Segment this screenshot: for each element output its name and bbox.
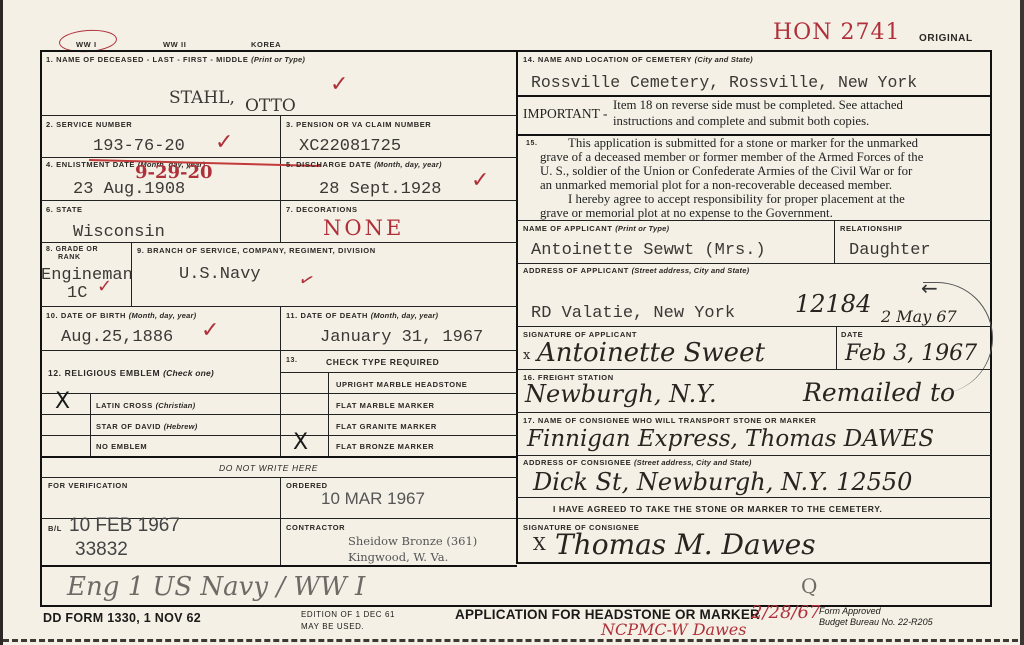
emblem-latin-cross-checkbox[interactable]: X	[41, 393, 90, 414]
divider	[280, 115, 281, 242]
verification-label: FOR VERIFICATION	[48, 481, 128, 490]
signature-date[interactable]: Feb 3, 1967	[845, 341, 977, 366]
divider	[517, 497, 991, 498]
grade-rank-line1[interactable]: Engineman	[41, 266, 133, 285]
applicant-name-label: NAME OF APPLICANT (Print or Type)	[523, 224, 669, 233]
statement-line: I hereby agree to accept responsibility …	[568, 193, 905, 207]
remailed-note: Remailed to	[803, 378, 955, 407]
applicant-address[interactable]: RD Valatie, New York	[531, 304, 735, 323]
edition-line2: MAY BE USED.	[301, 622, 364, 631]
divider	[834, 220, 835, 263]
decorations-value[interactable]: NONE	[323, 216, 404, 240]
important-line1: Item 18 on reverse side must be complete…	[613, 99, 903, 113]
handwritten-note: NCPMC-W Dawes	[601, 620, 746, 639]
arrow-left-icon: ←	[921, 276, 938, 300]
statement-line: grave of a deceased member or former mem…	[540, 151, 923, 165]
applicant-zip-handwritten: 12184	[795, 290, 871, 318]
x-mark-icon: X	[55, 389, 70, 414]
bl-stamp: 10 FEB 1967	[69, 515, 180, 537]
war-option-ww1[interactable]: WW I	[76, 40, 97, 49]
checkmark-icon: ✓	[330, 72, 348, 97]
important-line2: instructions and complete and submit bot…	[613, 115, 869, 129]
checkmark-icon: ✓	[215, 130, 233, 155]
divider	[517, 369, 991, 370]
contractor-line2: Kingwood, W. Va.	[348, 550, 448, 564]
type-upright-marble-checkbox[interactable]	[281, 372, 328, 393]
divider	[41, 115, 517, 116]
type-flat-marble-label: FLAT MARBLE MARKER	[336, 401, 435, 410]
statement-line: an unmarked memorial plot for a non-reco…	[540, 179, 892, 193]
field-7-label: 7. DECORATIONS	[286, 205, 358, 214]
cemetery-name-location[interactable]: Rossville Cemetery, Rossville, New York	[531, 73, 917, 92]
divider	[328, 372, 329, 456]
divider	[41, 200, 517, 201]
divider	[41, 456, 517, 458]
tear-line	[3, 639, 1024, 642]
bl-number: 33832	[75, 539, 128, 561]
war-option-ww2[interactable]: WW II	[163, 40, 186, 49]
field-11-label: 11. DATE OF DEATH (Month, day, year)	[286, 311, 438, 320]
consignee-agreement: I HAVE AGREED TO TAKE THE STONE OR MARKE…	[553, 504, 883, 514]
field-1-label: 1. NAME OF DECEASED - LAST - FIRST - MID…	[46, 55, 305, 64]
divider	[41, 565, 517, 567]
x-mark-icon: X	[293, 430, 308, 455]
field-8-label: 8. GRADE OR	[46, 246, 98, 253]
type-flat-marble-checkbox[interactable]	[281, 393, 328, 414]
field-13-number: 13.	[286, 357, 298, 364]
handwritten-date: 2/28/67	[751, 602, 820, 623]
field-15-number: 15.	[526, 140, 538, 147]
war-option-korea[interactable]: KOREA	[251, 40, 281, 49]
statement-line: This application is submitted for a ston…	[568, 137, 918, 151]
divider	[41, 350, 517, 351]
contractor-line1: Sheidow Bronze (361)	[348, 534, 477, 548]
office-use-title: DO NOT WRITE HERE	[219, 463, 318, 473]
annotation-mark: Q	[801, 574, 817, 598]
statement-line: U. S., soldier of the Union or Confedera…	[540, 165, 912, 179]
field-13-label: CHECK TYPE REQUIRED	[326, 357, 439, 367]
emblem-none-label: NO EMBLEM	[96, 442, 147, 451]
divider	[41, 242, 517, 243]
divider	[41, 477, 517, 478]
date-label: DATE	[841, 330, 863, 339]
file-number-handwritten: HON 2741	[773, 20, 900, 45]
type-flat-granite-label: FLAT GRANITE MARKER	[336, 422, 437, 431]
type-flat-bronze-label: FLAT BRONZE MARKER	[336, 442, 434, 451]
discharge-date[interactable]: 28 Sept.1928	[319, 180, 441, 199]
relationship-label: RELATIONSHIP	[840, 224, 902, 233]
consignee-address[interactable]: Dick St, Newburgh, N.Y. 12550	[533, 468, 912, 496]
divider	[517, 455, 991, 456]
form-paper: WW I WW II KOREA HON 2741 ORIGINAL 1. NA…	[0, 0, 1024, 645]
bl-label: B/L	[48, 524, 62, 533]
checkmark-icon: ✓	[97, 276, 112, 297]
copy-type-label: ORIGINAL	[919, 33, 973, 44]
deceased-first-name[interactable]: OTTO	[245, 96, 296, 116]
deceased-last-name[interactable]: STAHL,	[169, 88, 235, 108]
divider	[41, 157, 517, 158]
statement-line: grave or memorial plot at no expense to …	[540, 207, 833, 221]
divider	[517, 95, 991, 97]
divider	[836, 326, 837, 369]
divider	[280, 477, 281, 565]
divider	[90, 393, 91, 456]
important-label: IMPORTANT -	[523, 107, 608, 121]
enlistment-date[interactable]: 23 Aug.1908	[73, 180, 185, 199]
divider	[41, 306, 517, 307]
approval-line1: Form Approved	[819, 606, 881, 616]
relationship-value[interactable]: Daughter	[849, 241, 931, 260]
divider	[517, 412, 991, 413]
column-divider	[516, 50, 518, 520]
type-flat-bronze-checkbox[interactable]: X	[281, 435, 328, 456]
ordered-stamp: 10 MAR 1967	[321, 489, 425, 509]
consignee-address-label: ADDRESS OF CONSIGNEE (Street address, Ci…	[523, 458, 752, 467]
emblem-star-of-david-label: STAR OF DAVID (Hebrew)	[96, 422, 197, 431]
divider	[517, 263, 991, 264]
contractor-label: CONTRACTOR	[286, 523, 345, 532]
approval-line2: Budget Bureau No. 22-R205	[819, 617, 933, 627]
divider	[517, 220, 991, 221]
field-12-label: 12. RELIGIOUS EMBLEM (Check one)	[48, 368, 214, 378]
field-2-label: 2. SERVICE NUMBER	[46, 120, 132, 129]
applicant-name[interactable]: Antoinette Sewwt (Mrs.)	[531, 241, 766, 260]
field-9-label: 9. BRANCH OF SERVICE, COMPANY, REGIMENT,…	[137, 246, 376, 255]
divider	[517, 326, 991, 327]
applicant-signature[interactable]: Antoinette Sweet	[537, 338, 765, 368]
emblem-latin-cross-label: LATIN CROSS (Christian)	[96, 401, 195, 410]
emblem-none-checkbox[interactable]	[41, 435, 90, 456]
consignee-name[interactable]: Finnigan Express, Thomas DAWES	[527, 426, 934, 452]
annotation-handwritten: Eng 1 US Navy / WW I	[67, 572, 365, 602]
type-upright-marble-label: UPRIGHT MARBLE HEADSTONE	[336, 380, 467, 389]
applicant-address-label: ADDRESS OF APPLICANT (Street address, Ci…	[523, 266, 749, 275]
branch-of-service[interactable]: U.S.Navy	[179, 265, 261, 284]
edition-line1: EDITION OF 1 DEC 61	[301, 610, 395, 619]
emblem-star-of-david-checkbox[interactable]	[41, 414, 90, 435]
signature-x-mark: x	[523, 348, 530, 363]
date-of-birth[interactable]: Aug.25,1886	[61, 328, 173, 347]
consignee-signature-box	[516, 518, 992, 564]
checkmark-icon: ✓	[471, 168, 489, 193]
field-8-label-line2: RANK	[58, 254, 81, 261]
field-6-label: 6. STATE	[46, 205, 83, 214]
form-id: DD FORM 1330, 1 NOV 62	[43, 611, 201, 625]
grade-rank-line2[interactable]: 1C	[67, 284, 87, 303]
field-17-label: 17. NAME OF CONSIGNEE WHO WILL TRANSPORT…	[523, 416, 816, 425]
field-14-label: 14. NAME AND LOCATION OF CEMETERY (City …	[523, 55, 753, 64]
date-of-death[interactable]: January 31, 1967	[320, 328, 483, 347]
service-number[interactable]: 193-76-20	[93, 137, 185, 156]
pension-claim-number[interactable]: XC22081725	[299, 137, 401, 156]
field-10-label: 10. DATE OF BIRTH (Month, day, year)	[46, 311, 196, 320]
field-3-label: 3. PENSION OR VA CLAIM NUMBER	[286, 120, 431, 129]
freight-station[interactable]: Newburgh, N.Y.	[525, 380, 717, 408]
field-5-label: 5. DISCHARGE DATE (Month, day, year)	[286, 160, 442, 169]
checkmark-icon: ✓	[201, 318, 219, 343]
state-value[interactable]: Wisconsin	[73, 223, 165, 242]
